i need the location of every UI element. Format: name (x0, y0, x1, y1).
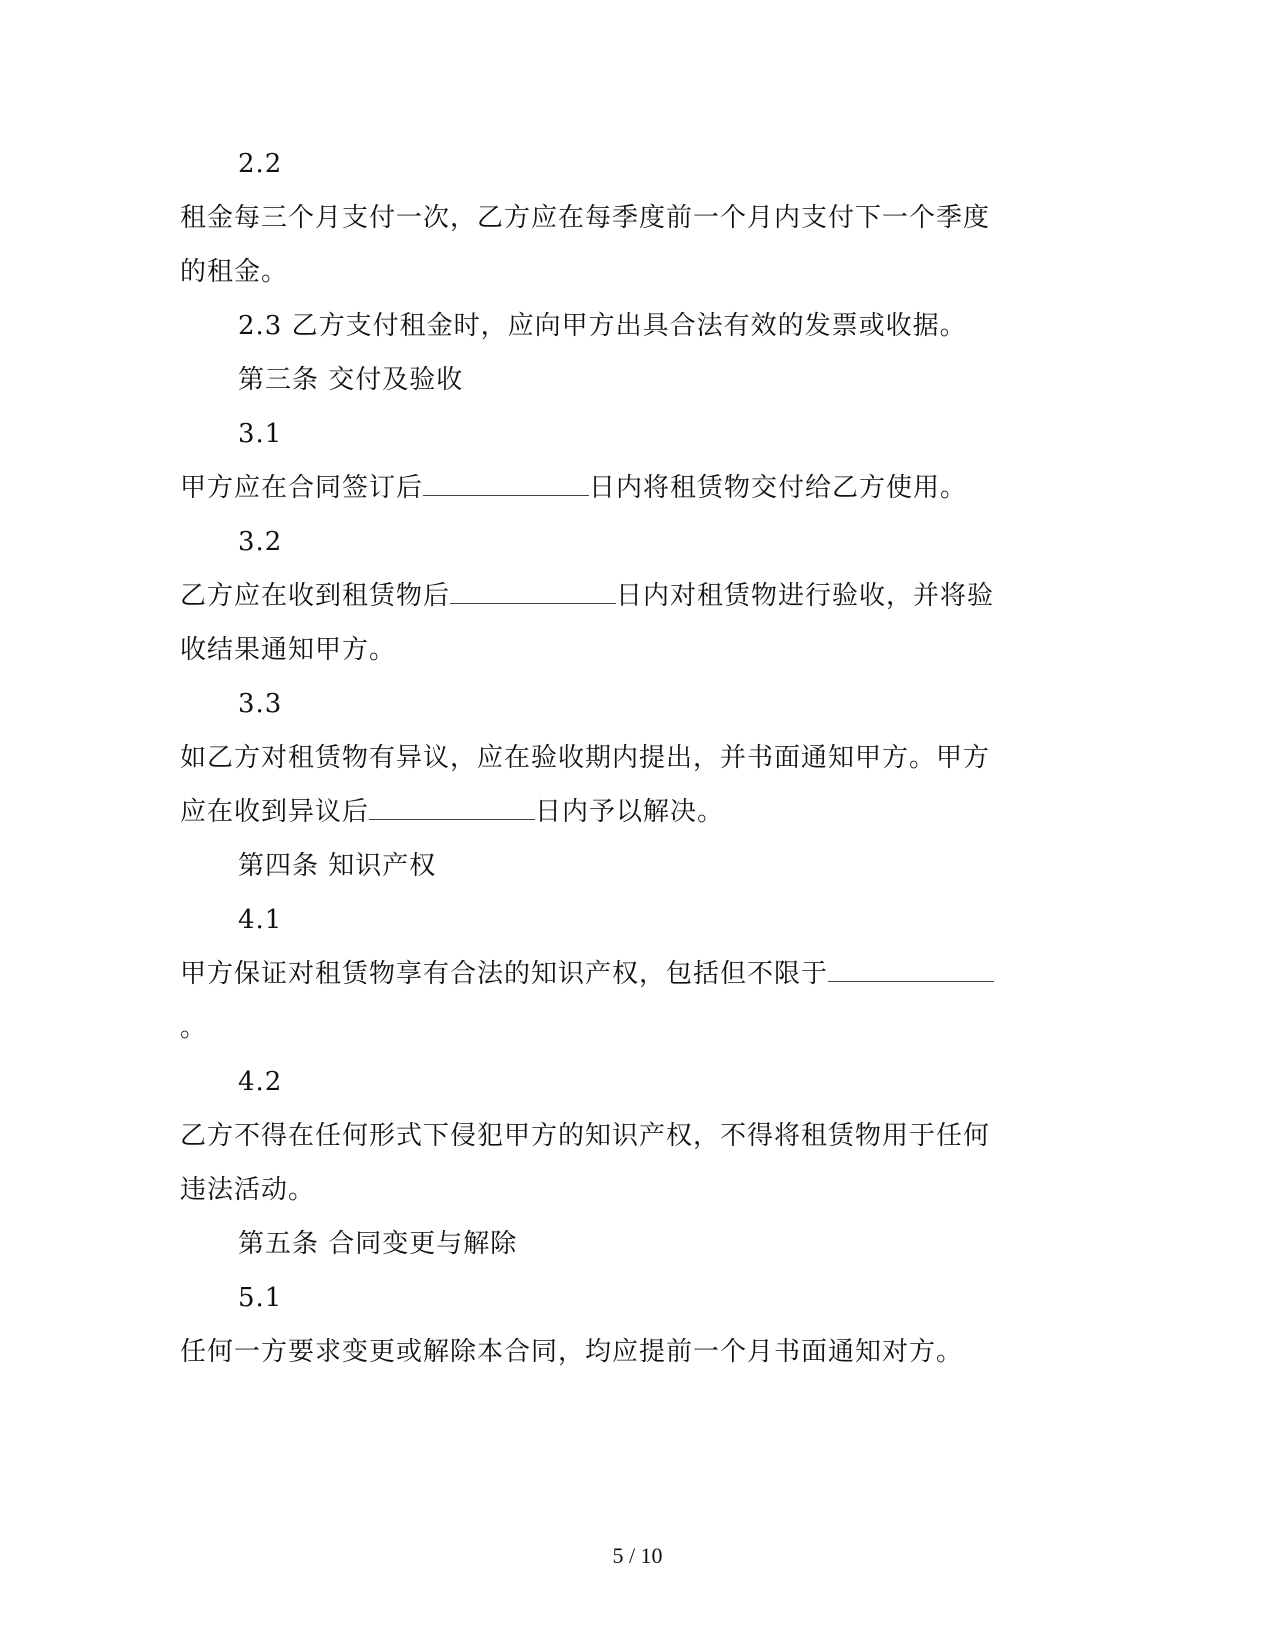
fill-in-blank-days[interactable] (450, 579, 616, 604)
clause-3-2-text: 乙方应在收到租赁物后日内对租赁物进行验收，并将验 (180, 579, 994, 613)
clause-3-1-text-a: 甲方应在合同签订后 (180, 473, 423, 503)
fill-in-blank-scope[interactable] (828, 957, 994, 982)
clause-3-3-text-cont: 应在收到异议后日内予以解决。 (180, 795, 724, 829)
clause-2-2-text-cont: 的租金。 (180, 255, 288, 289)
clause-4-2-text: 乙方不得在任何形式下侵犯甲方的知识产权，不得将租赁物用于任何 (180, 1119, 990, 1153)
article-3-heading: 第三条 交付及验收 (238, 363, 463, 397)
clause-3-1-text-b: 日内将租赁物交付给乙方使用。 (589, 473, 967, 503)
clause-number-5-1: 5.1 (238, 1281, 282, 1315)
clause-2-3-text: 2.3 乙方支付租金时，应向甲方出具合法有效的发票或收据。 (238, 309, 967, 343)
clause-3-1-text: 甲方应在合同签订后日内将租赁物交付给乙方使用。 (180, 471, 967, 505)
clause-4-2-text-cont: 违法活动。 (180, 1173, 315, 1207)
clause-3-3-text-a: 应在收到异议后 (180, 797, 369, 827)
clause-number-3-2: 3.2 (238, 525, 282, 559)
document-page: 2.2 租金每三个月支付一次，乙方应在每季度前一个月内支付下一个季度 的租金。 … (0, 0, 1275, 1650)
clause-2-2-text: 租金每三个月支付一次，乙方应在每季度前一个月内支付下一个季度 (180, 201, 990, 235)
clause-3-2-text-b: 日内对租赁物进行验收，并将验 (616, 581, 994, 611)
clause-3-3-text-b: 日内予以解决。 (535, 797, 724, 827)
clause-4-1-text-cont: 。 (180, 1011, 207, 1045)
clause-4-1-text-a: 甲方保证对租赁物享有合法的知识产权，包括但不限于 (180, 959, 828, 989)
fill-in-blank-days[interactable] (423, 471, 589, 496)
clause-number-4-1: 4.1 (238, 903, 282, 937)
fill-in-blank-days[interactable] (369, 795, 535, 820)
clause-number-2-2: 2.2 (238, 147, 282, 181)
article-4-heading: 第四条 知识产权 (238, 849, 436, 883)
clause-3-2-text-cont: 收结果通知甲方。 (180, 633, 396, 667)
article-5-heading: 第五条 合同变更与解除 (238, 1227, 517, 1261)
clause-3-2-text-a: 乙方应在收到租赁物后 (180, 581, 450, 611)
clause-number-3-1: 3.1 (238, 417, 282, 451)
clause-5-1-text: 任何一方要求变更或解除本合同，均应提前一个月书面通知对方。 (180, 1335, 963, 1369)
page-number: 5 / 10 (0, 1543, 1275, 1569)
clause-4-1-text: 甲方保证对租赁物享有合法的知识产权，包括但不限于 (180, 957, 994, 991)
clause-number-4-2: 4.2 (238, 1065, 282, 1099)
clause-number-3-3: 3.3 (238, 687, 282, 721)
clause-3-3-text: 如乙方对租赁物有异议，应在验收期内提出，并书面通知甲方。甲方 (180, 741, 990, 775)
